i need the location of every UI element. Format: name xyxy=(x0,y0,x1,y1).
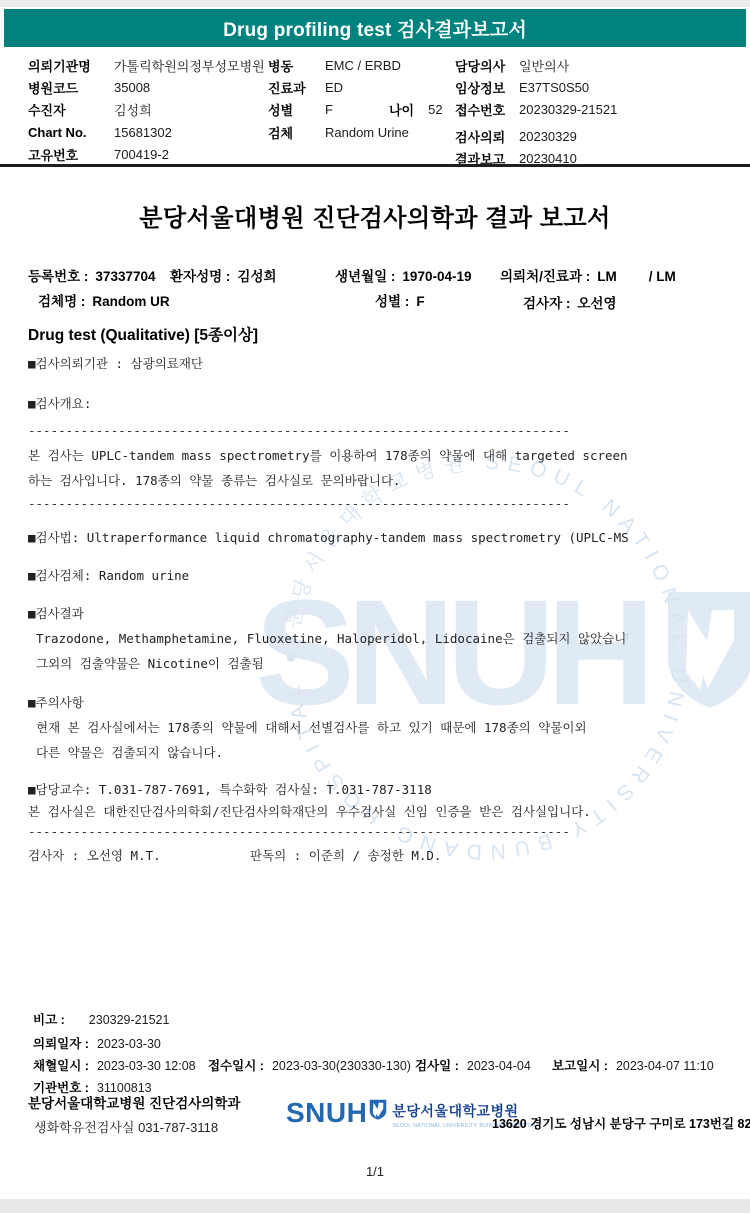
body-line: 본 검사는 UPLC-tandem mass spectrometry를 이용하… xyxy=(28,448,628,463)
footer-request-date: 의뢰일자 :2023-03-30 xyxy=(33,1034,161,1052)
body-line: ■주의사항 xyxy=(28,695,628,710)
dashed-rule: ----------------------------------------… xyxy=(28,824,573,839)
field-label: 검체 xyxy=(268,123,325,142)
page-bottom-edge xyxy=(0,1199,750,1213)
patient-name: 환자성명 :김성희 xyxy=(170,265,277,285)
snuh-shield-icon xyxy=(369,1099,387,1125)
report-title: 분당서울대병원 진단검사의학과 결과 보고서 xyxy=(0,198,750,233)
watermark-shield-icon xyxy=(668,592,750,708)
footer-collect-date: 채혈일시 :2023-03-30 12:08 xyxy=(33,1056,196,1074)
field-value: 김성희 xyxy=(114,100,152,119)
field-row: 임상정보E37TS0S50 xyxy=(455,76,617,98)
field-value: F xyxy=(325,102,359,117)
body-line: Trazodone, Methamphetamine, Fluoxetine, … xyxy=(28,631,628,646)
field-label: 진료과 xyxy=(268,78,325,97)
footer-report-date: 보고일시 :2023-04-07 11:10 xyxy=(552,1056,714,1074)
field-label: 접수번호 xyxy=(455,100,519,119)
field-value: Random Urine xyxy=(325,125,409,140)
body-line: ■검사결과 xyxy=(28,606,628,621)
dashed-rule: ----------------------------------------… xyxy=(28,423,573,438)
order-info-col3: 담당의사일반의사 임상정보E37TS0S50 접수번호20230329-2152… xyxy=(455,54,617,170)
field-row: 검체Random Urine xyxy=(268,121,443,143)
field-value: EMC / ERBD xyxy=(325,58,401,73)
field-row: 수진자김성희 xyxy=(28,99,265,121)
field-label: 임상정보 xyxy=(455,78,519,97)
patient-dept: 의뢰처/진료과 :LM/ LM xyxy=(500,265,676,285)
field-value: 15681302 xyxy=(114,125,172,140)
body-line: ■검사의뢰기관 : 삼광의료재단 xyxy=(28,356,628,371)
footer-receipt-date: 접수일시 :2023-03-30(230330-130) xyxy=(208,1056,411,1074)
field-label: 의뢰기관명 xyxy=(28,56,114,75)
field-row: 고유번호700419-2 xyxy=(28,144,265,166)
field-label: Chart No. xyxy=(28,125,114,140)
footer-lab-phone: 생화학유전검사실 031-787-3118 xyxy=(34,1117,218,1136)
body-line: 다른 약물은 검출되지 않습니다. xyxy=(28,745,628,760)
field-row: 병동EMC / ERBD xyxy=(268,54,443,76)
body-line: ■담당교수: T.031-787-7691, 특수화학 검사실: T.031-7… xyxy=(28,782,628,797)
signature-row: 검사자 : 오선영 M.T. 판독의 : 이준희 / 송정한 M.D. xyxy=(28,848,628,863)
field-value: E37TS0S50 xyxy=(519,80,589,95)
body-line: 본 검사실은 대한진단검사의학회/진단검사의학재단의 우수검사실 신임 인증을 … xyxy=(28,804,628,819)
field-value: 700419-2 xyxy=(114,147,169,162)
dashed-rule: ----------------------------------------… xyxy=(28,496,573,511)
test-title: Drug test (Qualitative) [5종이상] xyxy=(28,323,258,345)
patient-reg-no: 등록번호 :37337704 xyxy=(28,265,156,285)
hospital-address: 13620 경기도 성남시 분당구 구미로 173번길 82 xyxy=(492,1114,750,1132)
field-row: 병원코드35008 xyxy=(28,76,265,98)
field-label: 병동 xyxy=(268,56,325,75)
field-label: 담당의사 xyxy=(455,56,519,75)
field-label: 나이 xyxy=(389,100,414,119)
body-line: ■검사법: Ultraperformance liquid chromatogr… xyxy=(28,530,628,545)
page-top-edge xyxy=(0,0,750,7)
order-info-col1: 의뢰기관명가톨릭학원의정부성모병원 병원코드35008 수진자김성희 Chart… xyxy=(28,54,265,166)
field-row: 성별F나이52 xyxy=(268,99,443,121)
patient-sex: 성별 :F xyxy=(375,290,425,310)
page-number: 1/1 xyxy=(0,1164,750,1179)
body-line: 현재 본 검사실에서는 178종의 약물에 대해서 선별검사를 하고 있기 때문… xyxy=(28,720,628,735)
field-row: 의뢰기관명가톨릭학원의정부성모병원 xyxy=(28,54,265,76)
signature-reviewer: 판독의 : 이준희 / 송정한 M.D. xyxy=(250,848,441,863)
patient-specimen: 검체명 :Random UR xyxy=(38,290,170,310)
field-row: 검사의뢰20230329 xyxy=(455,125,617,147)
field-value: 일반의사 xyxy=(519,56,569,75)
footer-department: 분당서울대학교병원 진단검사의학과 xyxy=(28,1092,240,1112)
field-row: 담당의사일반의사 xyxy=(455,54,617,76)
snuh-logo-text: SNUH xyxy=(286,1098,367,1128)
body-line: ■검사개요: xyxy=(28,396,628,411)
footer-note: 비고 :230329-21521 xyxy=(33,1010,169,1028)
field-row: Chart No.15681302 xyxy=(28,121,265,143)
body-line: 하는 검사입니다. 178종의 약물 종류는 검사실로 문의바랍니다. xyxy=(28,473,628,488)
body-line: ■검사검체: Random urine xyxy=(28,568,628,583)
field-value: 20230329 xyxy=(519,129,577,144)
order-info-col2: 병동EMC / ERBD 진료과ED 성별F나이52 검체Random Urin… xyxy=(268,54,443,144)
field-value: 가톨릭학원의정부성모병원 xyxy=(114,56,265,75)
field-row: 진료과ED xyxy=(268,76,443,98)
banner-title: Drug profiling test 검사결과보고서 xyxy=(223,15,527,42)
field-value: 52 xyxy=(428,102,442,117)
field-label: 검사의뢰 xyxy=(455,127,519,146)
report-body: ■검사의뢰기관 : 삼광의료재단 ■검사개요: ----------------… xyxy=(28,356,628,863)
field-label: 고유번호 xyxy=(28,145,114,164)
footer-test-date: 검사일 :2023-04-04 xyxy=(415,1056,531,1074)
field-label: 수진자 xyxy=(28,100,114,119)
field-value: 20230329-21521 xyxy=(519,102,617,117)
field-value: ED xyxy=(325,80,343,95)
patient-examiner: 검사자 :오선영 xyxy=(523,292,617,312)
field-label: 병원코드 xyxy=(28,78,114,97)
section-divider xyxy=(0,164,750,167)
field-value: 35008 xyxy=(114,80,150,95)
body-line: 그외의 검출약물은 Nicotine이 검출됨 xyxy=(28,656,628,671)
patient-birth: 생년월일 :1970-04-19 xyxy=(335,265,471,285)
field-row: 접수번호20230329-21521 xyxy=(455,99,617,121)
signature-examiner: 검사자 : 오선영 M.T. xyxy=(28,848,161,863)
field-label: 성별 xyxy=(268,100,325,119)
report-banner: Drug profiling test 검사결과보고서 xyxy=(4,9,746,47)
